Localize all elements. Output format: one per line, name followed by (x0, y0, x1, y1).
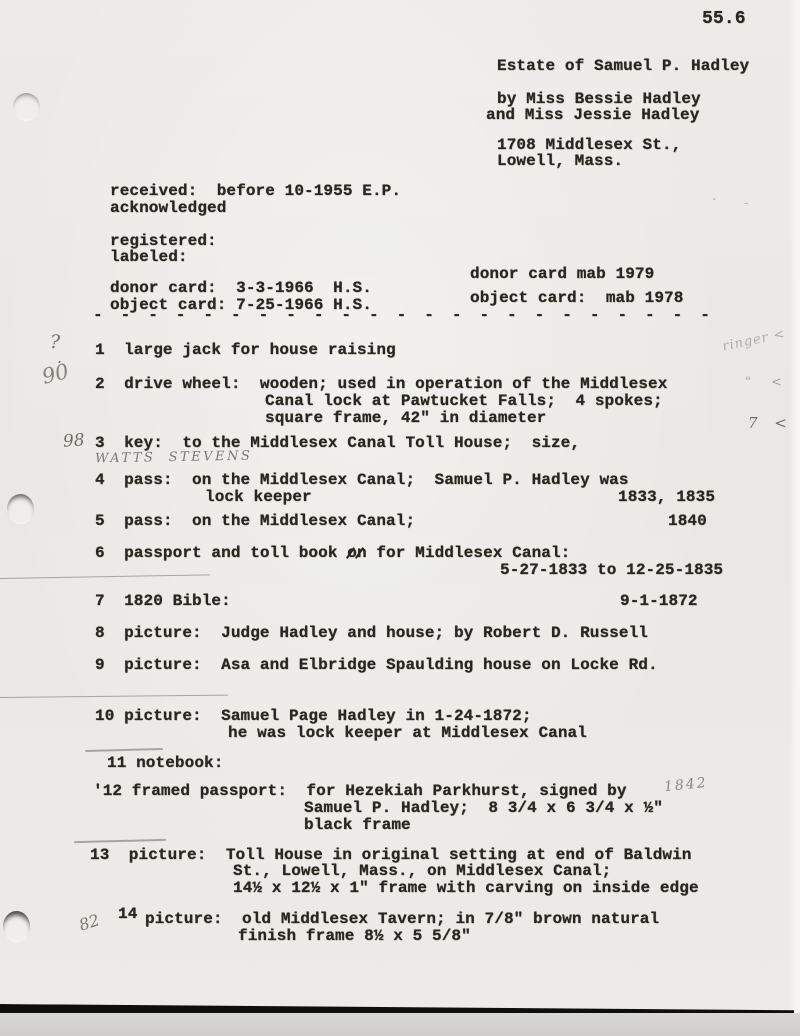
item-6-text-post: for Middlesex Canal: (367, 544, 571, 562)
margin-note-scrawl: ringer < (721, 327, 787, 355)
pencil-line-item-11 (85, 748, 163, 752)
punch-hole-top (13, 93, 40, 121)
item-2-line-1: 2 drive wheel: wooden; used in operation… (95, 376, 667, 393)
donor-address-city: Lowell, Mass. (497, 153, 623, 170)
item-6-line-1: 6 passport and toll book on for Middlese… (95, 545, 570, 562)
object-card-note: object card: mab 1978 (470, 290, 683, 307)
item-10-line-1: 10 picture: Samuel Page Hadley in 1-24-1… (95, 708, 532, 725)
item-12-pencil-date: 1842 (663, 775, 708, 795)
item-11-line-1: 11 notebook: (107, 755, 223, 772)
donor-card-line: donor card: 3-3-1966 H.S. (110, 280, 372, 297)
watts-stevens-note: WATTS STEVENS (95, 449, 253, 467)
stray-pencil-dot: . (712, 188, 716, 204)
margin-note-ditto: " < (745, 375, 790, 390)
item-12-line-3: black frame (304, 817, 411, 834)
scanned-inventory-page: 55.6 Estate of Samuel P. Hadley by Miss … (0, 0, 800, 1036)
item-14-pencil-mark: 82 (77, 910, 102, 934)
punch-hole-middle (7, 494, 34, 524)
item-13-line-2: St., Lowell, Mass., on Middlesex Canal; (233, 863, 611, 880)
dashed-separator: - - - - - - - - - - - - - - - - - - - - … (93, 307, 714, 324)
item-7-line-1: 7 1820 Bible: (95, 593, 231, 610)
item-2-pencil-mark: 90 (39, 359, 71, 389)
item-10-line-2: he was lock keeper at Middlesex Canal (228, 725, 587, 742)
item-2-line-2: Canal lock at Pawtucket Falls; 4 spokes; (265, 393, 663, 410)
item-6-struck-word: on (347, 545, 366, 562)
item-5-line-1: 5 pass: on the Middlesex Canal; (95, 513, 415, 530)
pencil-line-item-13 (74, 839, 166, 843)
page-number: 55.6 (702, 11, 746, 28)
item-13-line-3: 14½ x 12½ x 1" frame with carving on ins… (233, 880, 699, 897)
punch-hole-bottom (3, 911, 30, 942)
item-2-line-3: square frame, 42" in diameter (265, 410, 546, 427)
item-9-line-1: 9 picture: Asa and Elbridge Spaulding ho… (95, 657, 658, 674)
estate-title: Estate of Samuel P. Hadley (497, 58, 749, 75)
item-12-line-2: Samuel P. Hadley; 8 3/4 x 6 3/4 x ½" (304, 800, 663, 817)
item-14-line-1: picture: old Middlesex Tavern; in 7/8" b… (145, 911, 659, 928)
item-7-date: 9-1-1872 (620, 593, 698, 610)
stray-pencil-dash: - (744, 196, 748, 211)
donor-card-note: donor card mab 1979 (470, 266, 654, 283)
item-4-line-2: lock keeper (205, 489, 312, 506)
item-4-line-1: 4 pass: on the Middlesex Canal; Samuel P… (95, 472, 629, 489)
item-8-line-1: 8 picture: Judge Hadley and house; by Ro… (95, 625, 648, 642)
received-line: received: before 10-1955 E.P. (110, 183, 401, 200)
item-3-pencil-mark: 98 (62, 430, 85, 451)
labeled-line: labeled: (110, 249, 188, 266)
item-4-date: 1833, 1835 (618, 489, 715, 506)
item-6-text-pre: 6 passport and toll book (95, 544, 347, 562)
item-6-line-2: 5-27-1833 to 12-25-1835 (500, 562, 723, 579)
item-14-line-2: finish frame 8½ x 5 5/8" (238, 928, 471, 945)
scan-bottom-strip (0, 1013, 800, 1036)
item-12-line-1: '12 framed passport: for Hezekiah Parkhu… (93, 783, 627, 800)
margin-note-seven: 7 < (748, 414, 793, 432)
donor-by-line-2: and Miss Jessie Hadley (486, 107, 699, 124)
scan-right-edge (789, 0, 800, 1036)
item-1-line-1: 1 large jack for house raising (95, 342, 396, 359)
fold-line-2 (0, 695, 228, 698)
fold-line-1 (0, 574, 210, 579)
item-14-number: 14 (118, 906, 137, 923)
acknowledged-line: acknowledged (110, 200, 226, 217)
item-5-date: 1840 (668, 513, 707, 530)
